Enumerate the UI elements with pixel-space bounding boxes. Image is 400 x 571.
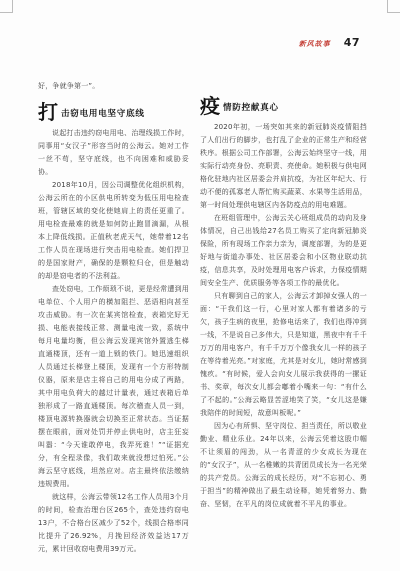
body-paragraph: 2018年10月，因公司调整优化组织机构，公海云所在的小区供电所转变为低压用电检… <box>38 179 189 283</box>
heading-text: 击窃电用电坚守底线 <box>61 108 145 122</box>
running-header: 新风故事 47 <box>299 36 360 49</box>
body-paragraph: 2020年初，一场突如其来的新冠肺炎疫情阻挡了人们出行的脚步，也打乱了企业的正常… <box>200 121 367 212</box>
left-column: 好，争就争第一”。 打 击窃电用电坚守底线 说起打击违约窃电用电、治理线损工作时… <box>38 80 189 556</box>
body-paragraph: 说起打击违约窃电用电、治理线损工作时，同事用“女汉子”形容当时的公海云。她对工作… <box>38 127 189 179</box>
crop-mark-top-right-icon <box>387 0 400 13</box>
body-paragraph: 在班组管理中，公海云关心班组成员的动向及身体情况，自己出钱给27名员工购买了定向… <box>200 212 367 290</box>
body-paragraph: 查处窃电，工作烦琐不说，更是经常遭到用电单位、个人用户的横加阻拦、恶语相向甚至攻… <box>38 283 189 491</box>
body-paragraph: 因为心有所惧、坚守岗位、担当责任，所以敬业勤业、精业乐业。24年以来，公海云凭着… <box>200 420 367 511</box>
crop-mark-top-left-icon <box>0 0 13 13</box>
right-column: 疫 情防控献真心 2020年初，一场突如其来的新冠肺炎疫情阻挡了人们出行的脚步，… <box>200 80 367 556</box>
page-number: 47 <box>344 36 360 49</box>
section-heading-epidemic-control: 疫 情防控献真心 <box>200 96 367 116</box>
body-paragraph: 只有聊到自己的家人，公海云才卸掉女强人的一面：“干我们这一行，心里对家人都有着诸… <box>200 290 367 420</box>
body-paragraph: 就这样，公海云带领12名工作人员用3个月的时间，检查治理台区265个，查处违约窃… <box>38 491 189 556</box>
section-heading-theft-crackdown: 打 击窃电用电坚守底线 <box>38 102 189 122</box>
heading-drop-char: 疫 <box>200 96 220 116</box>
heading-text: 情防控献真心 <box>223 102 279 116</box>
text-columns: 好，争就争第一”。 打 击窃电用电坚守底线 说起打击违约窃电用电、治理线损工作时… <box>38 80 367 556</box>
magazine-page: 新风故事 47 好，争就争第一”。 打 击窃电用电坚守底线 说起打击违约窃电用电… <box>0 0 400 571</box>
section-label: 新风故事 <box>299 39 331 49</box>
continuation-paragraph: 好，争就争第一”。 <box>38 80 189 93</box>
heading-drop-char: 打 <box>38 102 58 122</box>
